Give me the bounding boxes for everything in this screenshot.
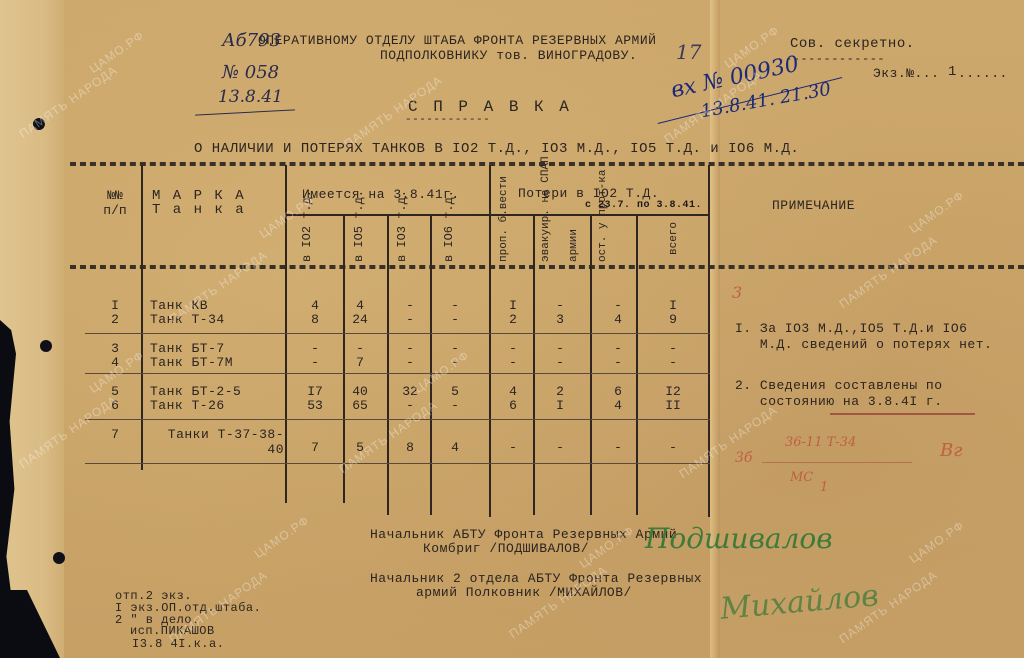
cell-loss-army: -	[603, 355, 633, 370]
col-divider	[590, 215, 592, 515]
col-divider	[430, 215, 432, 515]
cell-a105: 7	[345, 355, 375, 370]
cell-loss-army: 6	[603, 384, 633, 399]
note-1: I. За IO3 М.Д.,IO5 Т.Д.и IO6 М.Д. сведен…	[735, 321, 992, 353]
row-num: 2	[105, 312, 125, 327]
header-brand-line2: Т а н к а	[152, 202, 246, 218]
cell-loss-total: I2	[658, 384, 688, 399]
header-available-group: Имеется на 3.8.41г.	[302, 187, 460, 202]
watermark-camo: ЦАМО.РФ	[87, 28, 147, 76]
cell-loss-army: 4	[603, 398, 633, 413]
watermark-camo: ЦАМО.РФ	[907, 188, 967, 236]
watermark-pamyat: ПАМЯТЬ НАРОДА	[837, 233, 940, 311]
header-losses-army: армии	[568, 229, 580, 262]
classification-underline: -------------	[785, 52, 885, 66]
note-2: 2. Сведения составлены по состоянию на 3…	[735, 378, 943, 410]
signature-1-name: Комбриг /ПОДШИВАЛОВ/	[423, 541, 589, 556]
cell-a106: 5	[440, 384, 470, 399]
cell-a105: 4	[345, 298, 375, 313]
cell-loss-total: II	[658, 398, 688, 413]
red-note: 3б	[735, 450, 752, 466]
cell-loss-evac: 3	[545, 312, 575, 327]
cell-loss-army: -	[603, 341, 633, 356]
title-underline: ------------	[405, 114, 490, 126]
cell-loss-total: -	[658, 440, 688, 455]
cell-a103: 8	[395, 440, 425, 455]
handwritten-ref: Аб793	[222, 30, 281, 51]
red-fraction-line	[762, 462, 912, 463]
cell-loss-missing: 2	[498, 312, 528, 327]
cell-a106: -	[440, 398, 470, 413]
col-divider	[489, 165, 491, 517]
red-note: 1	[820, 480, 828, 495]
cell-a105: 65	[345, 398, 375, 413]
cell-loss-total: I	[658, 298, 688, 313]
copy-number: 1	[948, 64, 957, 80]
col-divider	[387, 215, 389, 515]
header-num: №№ п/п	[95, 188, 135, 218]
handwritten-mark-17: 17	[676, 40, 701, 64]
document-subtitle: О НАЛИЧИИ И ПОТЕРЯХ ТАНКОВ В IO2 Т.Д., I…	[194, 141, 799, 157]
copy-dots: ......	[958, 66, 1008, 81]
red-note: 36-11 Т-34	[785, 435, 856, 450]
watermark-pamyat: ПАМЯТЬ НАРОДА	[677, 403, 780, 481]
cell-loss-army: 4	[603, 312, 633, 327]
cell-loss-missing: -	[498, 341, 528, 356]
cell-a103: -	[395, 355, 425, 370]
red-underline	[830, 413, 975, 415]
red-margin-mark: 3	[732, 283, 742, 302]
cell-a106: -	[440, 312, 470, 327]
cell-loss-total: 9	[658, 312, 688, 327]
signature-2-title: Начальник 2 отдела АБТУ Фронта Резервных	[370, 571, 702, 586]
punch-hole	[40, 340, 52, 352]
row-separator	[85, 463, 710, 464]
cell-a106: 4	[440, 440, 470, 455]
cell-a105: -	[345, 341, 375, 356]
cell-loss-total: -	[658, 355, 688, 370]
cell-loss-evac: -	[545, 341, 575, 356]
cell-a102: 8	[300, 312, 330, 327]
cell-loss-evac: -	[545, 440, 575, 455]
cell-a106: -	[440, 298, 470, 313]
signature-2-name: армий Полковник /МИХАЙЛОВ/	[416, 585, 632, 600]
copy-label: Экз.№...	[873, 66, 939, 81]
row-brand: Танк Т-26	[150, 398, 225, 413]
handwritten-underline	[195, 109, 295, 115]
handwritten-number: № 058	[222, 62, 279, 83]
cell-loss-missing: 6	[498, 398, 528, 413]
row-num: 7	[105, 427, 125, 442]
col-divider	[141, 165, 143, 470]
row-brand: Танк БТ-7	[150, 341, 225, 356]
classification-label: Сов. секретно.	[790, 36, 915, 52]
header-note: ПРИМЕЧАНИЕ	[772, 198, 855, 213]
header-available-106: в IO6 т.д.	[442, 190, 456, 262]
handwritten-date: 13.8.41	[218, 87, 283, 107]
cell-loss-missing: -	[498, 440, 528, 455]
cell-a105: 24	[345, 312, 375, 327]
cell-a102: I7	[300, 384, 330, 399]
header-losses-evacuated: эвакуир. на СПАП	[540, 156, 552, 262]
cell-loss-total: -	[658, 341, 688, 356]
row-num: I	[105, 298, 125, 313]
cell-a103: -	[395, 341, 425, 356]
cell-loss-evac: -	[545, 355, 575, 370]
cell-loss-evac: -	[545, 298, 575, 313]
row-separator	[85, 419, 710, 420]
document-sheet: ОПЕРАТИВНОМУ ОТДЕЛУ ШТАБА ФРОНТА РЕЗЕРВН…	[0, 0, 1024, 658]
red-note: Вг	[940, 440, 962, 461]
signature-podshivalov: Подшивалов	[645, 522, 833, 555]
col-divider	[636, 215, 638, 515]
cell-a105: 40	[345, 384, 375, 399]
cell-a102: 7	[300, 440, 330, 455]
cell-loss-missing: -	[498, 355, 528, 370]
row-brand: Танк БТ-2-5	[150, 384, 241, 399]
cell-loss-evac: I	[545, 398, 575, 413]
addressee-line-1: ОПЕРАТИВНОМУ ОТДЕЛУ ШТАБА ФРОНТА РЕЗЕРВН…	[258, 33, 656, 48]
cell-loss-army: -	[603, 440, 633, 455]
header-available-105: в IO5 т.д.	[352, 190, 366, 262]
row-separator	[85, 333, 710, 334]
cell-loss-missing: 4	[498, 384, 528, 399]
row-brand: Танки Т-37-38- 40	[150, 427, 284, 457]
row-separator	[85, 373, 710, 374]
watermark-camo: ЦАМО.РФ	[907, 518, 967, 566]
red-note: МС	[790, 470, 813, 485]
cell-loss-missing: I	[498, 298, 528, 313]
header-losses-total: всего	[668, 222, 680, 255]
punch-hole	[53, 552, 65, 564]
row-num: 3	[105, 341, 125, 356]
header-losses-missing: проп. б.вести	[498, 176, 510, 262]
col-divider	[533, 215, 535, 515]
addressee-line-2: ПОДПОЛКОВНИКУ тов. ВИНОГРАДОВУ.	[380, 48, 637, 63]
row-brand: Танк БТ-7М	[150, 355, 233, 370]
header-available-103: в IO3 т.д.	[395, 190, 409, 262]
cell-a103: -	[395, 298, 425, 313]
cell-a102: 4	[300, 298, 330, 313]
cell-loss-army: -	[603, 298, 633, 313]
header-losses-enemy: ост. у прот-ка	[597, 170, 609, 262]
cell-a102: -	[300, 341, 330, 356]
cell-loss-evac: 2	[545, 384, 575, 399]
cell-a102: 53	[300, 398, 330, 413]
cell-a103: -	[395, 312, 425, 327]
cell-a102: -	[300, 355, 330, 370]
watermark-camo: ЦАМО.РФ	[252, 513, 312, 561]
